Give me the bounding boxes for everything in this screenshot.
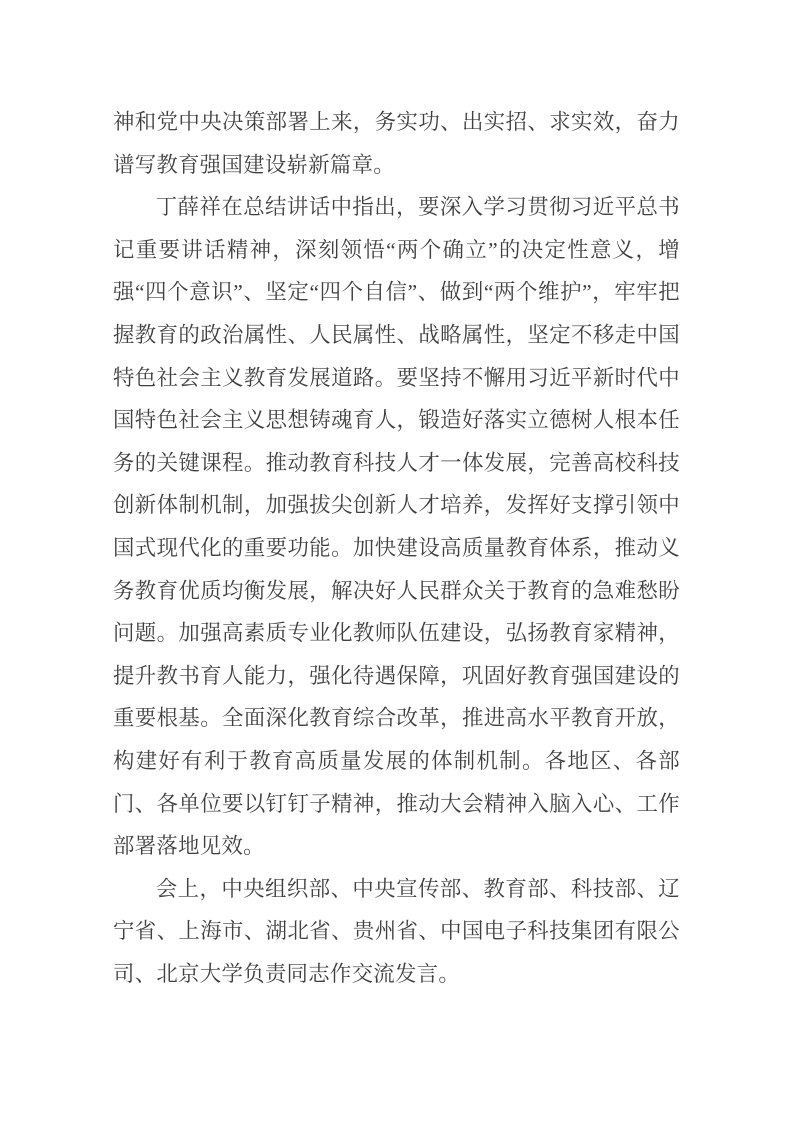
paragraph-continuation: 神和党中央决策部署上来，务实功、出实招、求实效，奋力谱写教育强国建设崭新篇章。	[113, 101, 680, 186]
paragraph-exchange-speeches: 会上，中央组织部、中央宣传部、教育部、科技部、辽宁省、上海市、湖北省、贵州省、中…	[113, 868, 680, 996]
paragraph-ding-xuexiang-remarks: 丁薛祥在总结讲话中指出，要深入学习贯彻习近平总书记重要讲话精神，深刻领悟“两个确…	[113, 186, 680, 868]
document-page: 神和党中央决策部署上来，务实功、出实招、求实效，奋力谱写教育强国建设崭新篇章。 …	[0, 0, 793, 1122]
